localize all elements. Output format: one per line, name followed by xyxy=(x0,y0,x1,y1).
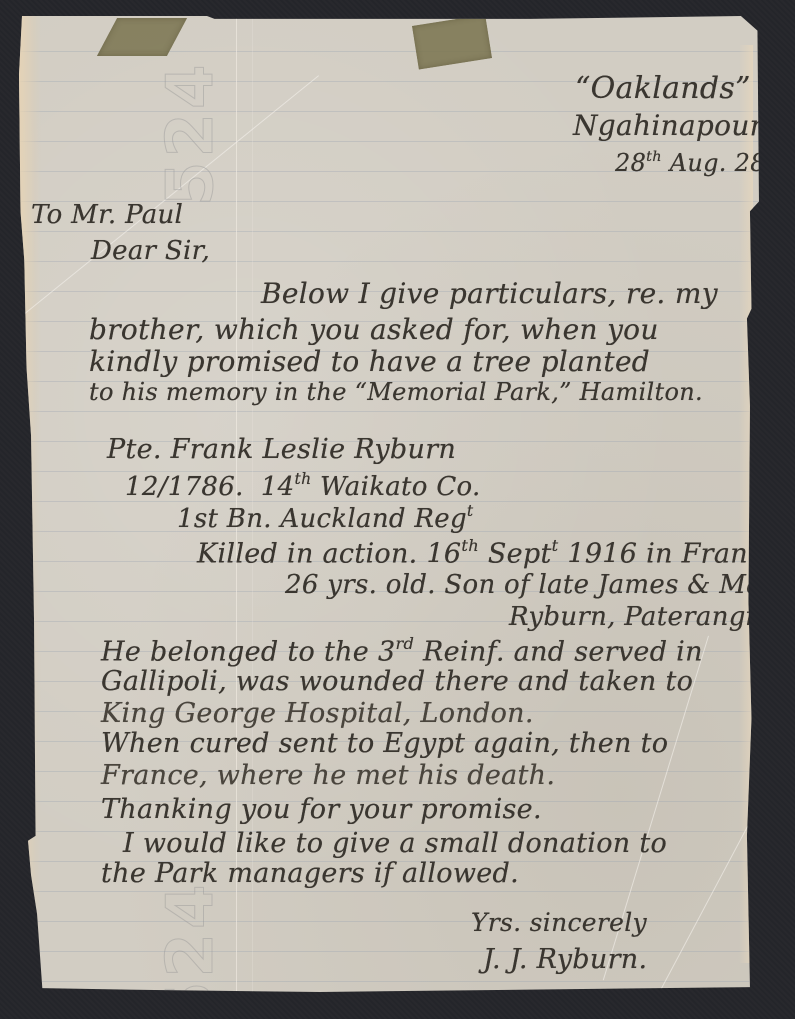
locality: Ngahinapouri xyxy=(573,112,773,140)
body-line: Gallipoli, was wounded there and taken t… xyxy=(101,668,693,695)
family-place-line: Ryburn, Paterangi. xyxy=(509,604,763,630)
service-number: 12/1786. xyxy=(125,472,244,502)
body-line: to his memory in the “Memorial Park,” Ha… xyxy=(89,380,703,404)
body-line: He belonged to the 3rd Reinf. and served… xyxy=(101,636,703,665)
letter-paper: 524 524 “Oaklands” Ngahinapouri 28th Aug… xyxy=(19,16,771,992)
body-line: brother, which you asked for, when you xyxy=(89,316,659,344)
embossed-stamp-number-top: 524 xyxy=(154,60,228,206)
body-line: Thanking you for your promise. xyxy=(101,796,542,823)
letter-date: 28th Aug. 28 xyxy=(615,150,766,175)
addressee: To Mr. Paul xyxy=(31,202,183,228)
body-line: I would like to give a small donation to xyxy=(123,830,667,857)
house-name: “Oaklands” xyxy=(575,74,751,104)
adhesive-tape-right xyxy=(412,14,492,69)
age-parents-line: 26 yrs. old. Son of late James & Mary xyxy=(285,572,790,598)
signature: J. J. Ryburn. xyxy=(483,946,647,973)
salutation: Dear Sir, xyxy=(91,238,210,264)
adhesive-tape-left xyxy=(97,18,187,56)
killed-in-action-line: Killed in action. 16th Septt 1916 in Fra… xyxy=(197,538,789,567)
soldier-name: Pte. Frank Leslie Ryburn xyxy=(107,436,456,463)
soldier-battalion: 1st Bn. Auckland Regt xyxy=(177,504,473,532)
closing: Yrs. sincerely xyxy=(471,910,647,935)
body-line: When cured sent to Egypt again, then to xyxy=(101,730,668,757)
soldier-unit-line: 12/1786. 14th Waikato Co. xyxy=(125,472,481,500)
body-line: kindly promised to have a tree planted xyxy=(89,348,650,376)
body-line: the Park managers if allowed. xyxy=(101,860,519,887)
body-line: France, where he met his death. xyxy=(101,762,555,789)
body-line: King George Hospital, London. xyxy=(101,700,534,727)
body-line: Below I give particulars, re. my xyxy=(261,280,718,308)
